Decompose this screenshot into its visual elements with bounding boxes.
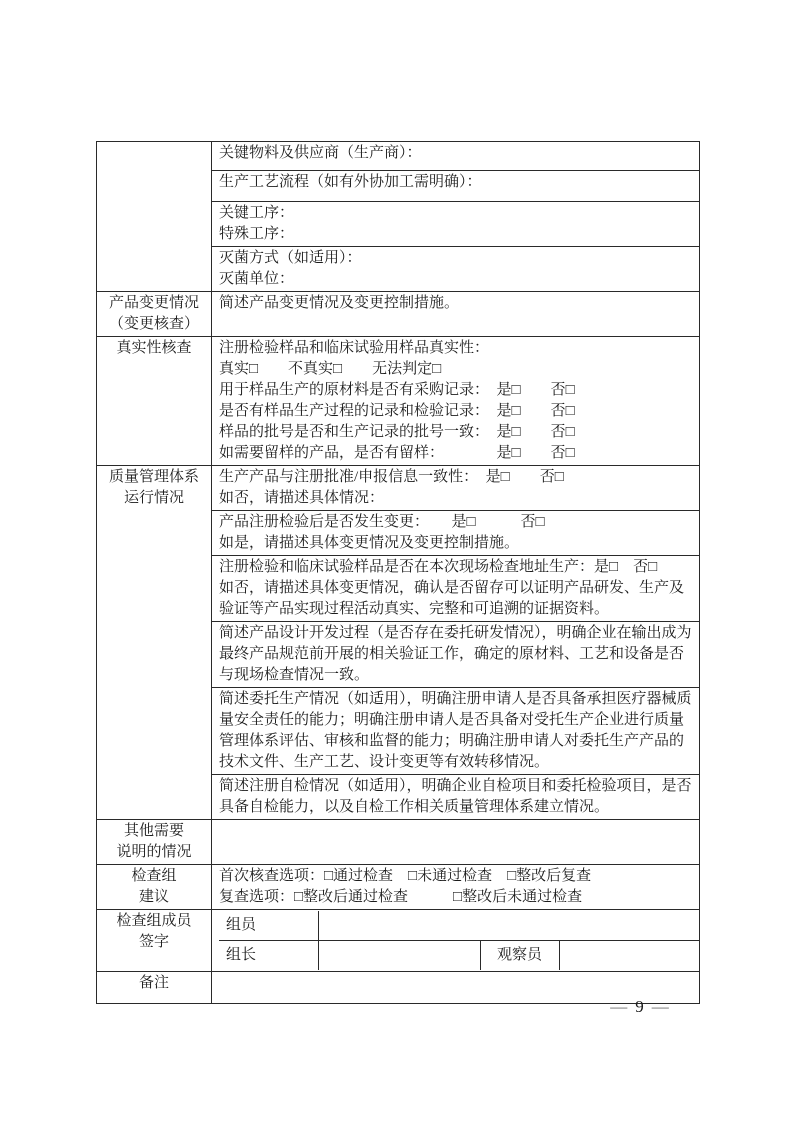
qms-sample-site-line1: 注册检验和临床试验样品是否在本次现场检查地址生产：是□ 否□	[219, 557, 692, 578]
qms-label-line1: 质量管理体系	[104, 467, 204, 488]
row-key-materials: 关键物料及供应商（生产商）：	[97, 142, 700, 171]
leader-label-cell: 组长	[219, 940, 318, 970]
sterilization-method-text: 灭菌方式（如适用）：	[219, 248, 692, 269]
observer-label-cell: 观察员	[480, 940, 559, 970]
row-signatures: 检查组成员 签字 组员 组长 观察员	[97, 910, 700, 972]
page-number-value: 9	[635, 997, 645, 1016]
signatures-subtable: 组员 组长 观察员	[219, 911, 700, 970]
carryover-label-cell-empty	[97, 142, 212, 292]
authenticity-line-options: 真实□ 不真实□ 无法判定□	[219, 359, 692, 380]
member-signature-cell	[318, 911, 700, 940]
qms-consistency-line2: 如否，请描述具体情况：	[219, 488, 692, 509]
remarks-label-cell: 备注	[97, 972, 212, 1004]
qms-change-line2: 如是，请描述具体变更情况及变更控制措施。	[219, 533, 692, 554]
qms-consistency-cell: 生产产品与注册批准/申报信息一致性： 是□ 否□ 如否，请描述具体情况：	[212, 466, 700, 511]
row-team-suggestion: 检查组 建议 首次核查选项：□通过检查 □未通过检查 □整改后复查 复查选项：□…	[97, 865, 700, 910]
qms-self-inspection-cell: 简述注册自检情况（如适用），明确企业自检项目和委托检验项目，是否具备自检能力，以…	[212, 775, 700, 820]
signature-member-row: 组员	[219, 911, 700, 940]
remarks-label: 备注	[104, 973, 204, 994]
other-notes-label-line2: 说明的情况	[104, 842, 204, 863]
product-change-label-line2: （变更核查）	[104, 314, 204, 335]
qms-change-line1: 产品注册检验后是否发生变更： 是□ 否□	[219, 512, 692, 533]
row-product-change: 产品变更情况 （变更核查） 简述产品变更情况及变更控制措施。	[97, 292, 700, 337]
process-flow-cell: 生产工艺流程（如有外协加工需明确）：	[212, 171, 700, 202]
key-special-process-cell: 关键工序： 特殊工序：	[212, 202, 700, 247]
qms-design-development-text: 简述产品设计开发过程（是否存在委托研发情况），明确企业在输出成为最终产品规范前开…	[219, 623, 692, 686]
leader-signature-cell	[318, 940, 480, 970]
signature-leader-row: 组长 观察员	[219, 940, 700, 970]
authenticity-label: 真实性核查	[104, 338, 204, 359]
product-change-label-cell: 产品变更情况 （变更核查）	[97, 292, 212, 337]
authenticity-line-production-records: 是否有样品生产过程的记录和检验记录： 是□ 否□	[219, 401, 692, 422]
page-number: —9—	[560, 995, 720, 1019]
qms-entrusted-production-text: 简述委托生产情况（如适用），明确注册申请人是否具备承担医疗器械质量安全责任的能力…	[219, 689, 692, 773]
signatures-label-line1: 检查组成员	[104, 911, 204, 932]
authenticity-content-cell: 注册检验样品和临床试验用样品真实性： 真实□ 不真实□ 无法判定□ 用于样品生产…	[212, 337, 700, 466]
observer-signature-cell	[559, 940, 700, 970]
authenticity-label-cell: 真实性核查	[97, 337, 212, 466]
authenticity-line-purchase-records: 用于样品生产的原材料是否有采购记录： 是□ 否□	[219, 380, 692, 401]
signatures-label-cell: 检查组成员 签字	[97, 910, 212, 972]
other-notes-label-cell: 其他需要 说明的情况	[97, 820, 212, 865]
page-number-dash-right: —	[645, 997, 677, 1016]
row-authenticity: 真实性核查 注册检验样品和临床试验用样品真实性： 真实□ 不真实□ 无法判定□ …	[97, 337, 700, 466]
row-qms-consistency: 质量管理体系 运行情况 生产产品与注册批准/申报信息一致性： 是□ 否□ 如否，…	[97, 466, 700, 511]
member-label-cell: 组员	[219, 911, 318, 940]
special-process-text: 特殊工序：	[219, 224, 692, 245]
other-notes-label-line1: 其他需要	[104, 821, 204, 842]
row-other-notes: 其他需要 说明的情况	[97, 820, 700, 865]
process-flow-text: 生产工艺流程（如有外协加工需明确）：	[219, 172, 692, 193]
key-process-text: 关键工序：	[219, 203, 692, 224]
authenticity-line-retained-samples: 如需要留样的产品，是否有留样： 是□ 否□	[219, 443, 692, 464]
qms-sample-site-cell: 注册检验和临床试验样品是否在本次现场检查地址生产：是□ 否□ 如否，请描述具体变…	[212, 556, 700, 622]
team-suggestion-content-cell: 首次核查选项：□通过检查 □未通过检查 □整改后复查 复查选项：□整改后通过检查…	[212, 865, 700, 910]
product-change-content-cell: 简述产品变更情况及变更控制措施。	[212, 292, 700, 337]
sterilization-unit-text: 灭菌单位：	[219, 269, 692, 290]
authenticity-line-title: 注册检验样品和临床试验用样品真实性：	[219, 338, 692, 359]
key-materials-cell: 关键物料及供应商（生产商）：	[212, 142, 700, 171]
signatures-label-line2: 签字	[104, 932, 204, 953]
qms-label-line2: 运行情况	[104, 488, 204, 509]
key-materials-text: 关键物料及供应商（生产商）：	[219, 143, 692, 164]
first-review-options-text: 首次核查选项：□通过检查 □未通过检查 □整改后复查	[219, 866, 692, 887]
document-page: 关键物料及供应商（生产商）： 生产工艺流程（如有外协加工需明确）： 关键工序： …	[0, 0, 793, 1122]
re-review-options-text: 复查选项：□整改后通过检查 □整改后未通过检查	[219, 887, 692, 908]
authenticity-line-batch-consistency: 样品的批号是否和生产记录的批号一致： 是□ 否□	[219, 422, 692, 443]
qms-label-cell: 质量管理体系 运行情况	[97, 466, 212, 820]
team-suggestion-label-cell: 检查组 建议	[97, 865, 212, 910]
page-number-dash-left: —	[603, 997, 635, 1016]
team-suggestion-label-line2: 建议	[104, 887, 204, 908]
qms-design-development-cell: 简述产品设计开发过程（是否存在委托研发情况），明确企业在输出成为最终产品规范前开…	[212, 622, 700, 688]
product-change-content-text: 简述产品变更情况及变更控制措施。	[219, 293, 692, 314]
qms-post-registration-change-cell: 产品注册检验后是否发生变更： 是□ 否□ 如是，请描述具体变更情况及变更控制措施…	[212, 511, 700, 556]
team-suggestion-label-line1: 检查组	[104, 866, 204, 887]
qms-sample-site-line2: 如否，请描述具体变更情况，确认是否留存可以证明产品研发、生产及验证等产品实现过程…	[219, 578, 692, 620]
sterilization-cell: 灭菌方式（如适用）： 灭菌单位：	[212, 247, 700, 292]
product-change-label-line1: 产品变更情况	[104, 293, 204, 314]
other-notes-content-cell	[212, 820, 700, 865]
signatures-content-cell: 组员 组长 观察员	[212, 910, 700, 972]
qms-self-inspection-text: 简述注册自检情况（如适用），明确企业自检项目和委托检验项目，是否具备自检能力，以…	[219, 776, 692, 818]
inspection-form-table: 关键物料及供应商（生产商）： 生产工艺流程（如有外协加工需明确）： 关键工序： …	[96, 141, 700, 1004]
qms-consistency-line1: 生产产品与注册批准/申报信息一致性： 是□ 否□	[219, 467, 692, 488]
qms-entrusted-production-cell: 简述委托生产情况（如适用），明确注册申请人是否具备承担医疗器械质量安全责任的能力…	[212, 688, 700, 775]
